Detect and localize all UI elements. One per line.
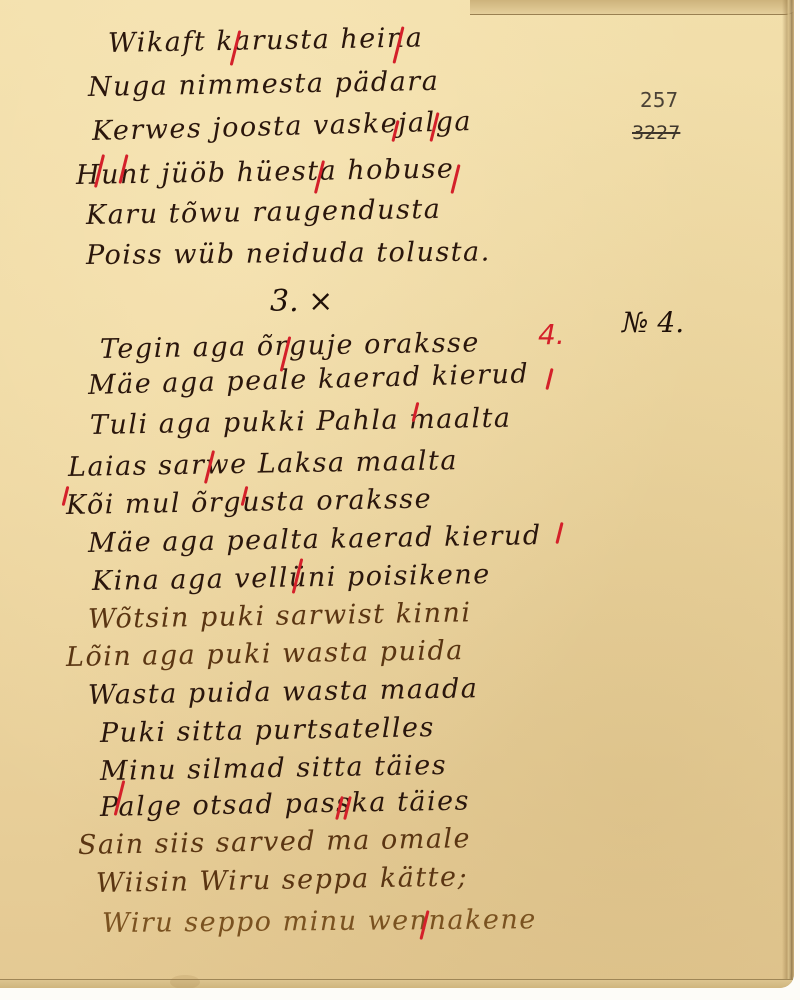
verse-line: Poiss wüb neiduda tolusta. (86, 236, 491, 271)
red-marginal-number: 4. (538, 318, 565, 351)
verse-line: Minu silmad sitta täies (100, 750, 448, 787)
red-correction-mark (555, 522, 563, 544)
verse-line: Sain siis sarved ma omale (78, 823, 472, 861)
verse-line: Kerwes joosta vaskejalga (92, 106, 473, 147)
verse-line: Hunt jüöb hüesta hobuse (76, 153, 455, 191)
page-edge-right (782, 0, 794, 988)
archive-number: 257 (640, 88, 678, 112)
verse-line: Nuga nimmesta pädara (88, 66, 440, 103)
verse-line: Karu tõwu raugendusta (86, 194, 442, 231)
sheet-number-label: № 4. (622, 306, 684, 339)
section-heading: 3. × (270, 284, 333, 319)
verse-line: Puki sitta purtsatelles (100, 712, 435, 749)
manuscript-page: 257 3227 Wikaft karusta heina Nuga nimme… (0, 0, 794, 988)
verse-line: Tegin aga õrguje oraksse (100, 327, 480, 365)
verse-line: Mäe aga pealta kaerad kierud (88, 520, 542, 559)
verse-line: Laias sarwe Laksa maalta (68, 445, 459, 483)
verse-line: Wõtsin puki sarwist kinni (88, 597, 472, 635)
verse-line: Wasta puida wasta maada (88, 673, 479, 711)
verse-line: Wiisin Wiru seppa kätte; (96, 862, 469, 899)
verse-line: Wikaft karusta heina (108, 22, 424, 59)
verse-line: Tuli aga pukki Pahla maalta (90, 403, 512, 441)
verse-line: Mäe aga peale kaerad kierud (88, 358, 530, 401)
verse-line: Kõi mul õrgusta oraksse (66, 484, 433, 521)
paper-stain (170, 975, 200, 988)
verse-line: Wiru seppo minu wennakene (102, 904, 537, 939)
verse-line: Palge otsad passka täies (100, 786, 471, 823)
archive-number-crossed-out: 3227 (632, 122, 680, 144)
verse-line: Lõin aga puki wasta puida (66, 635, 464, 673)
page-edge-bottom (0, 979, 794, 988)
page-edge-top (470, 0, 794, 15)
red-correction-mark (545, 368, 553, 390)
